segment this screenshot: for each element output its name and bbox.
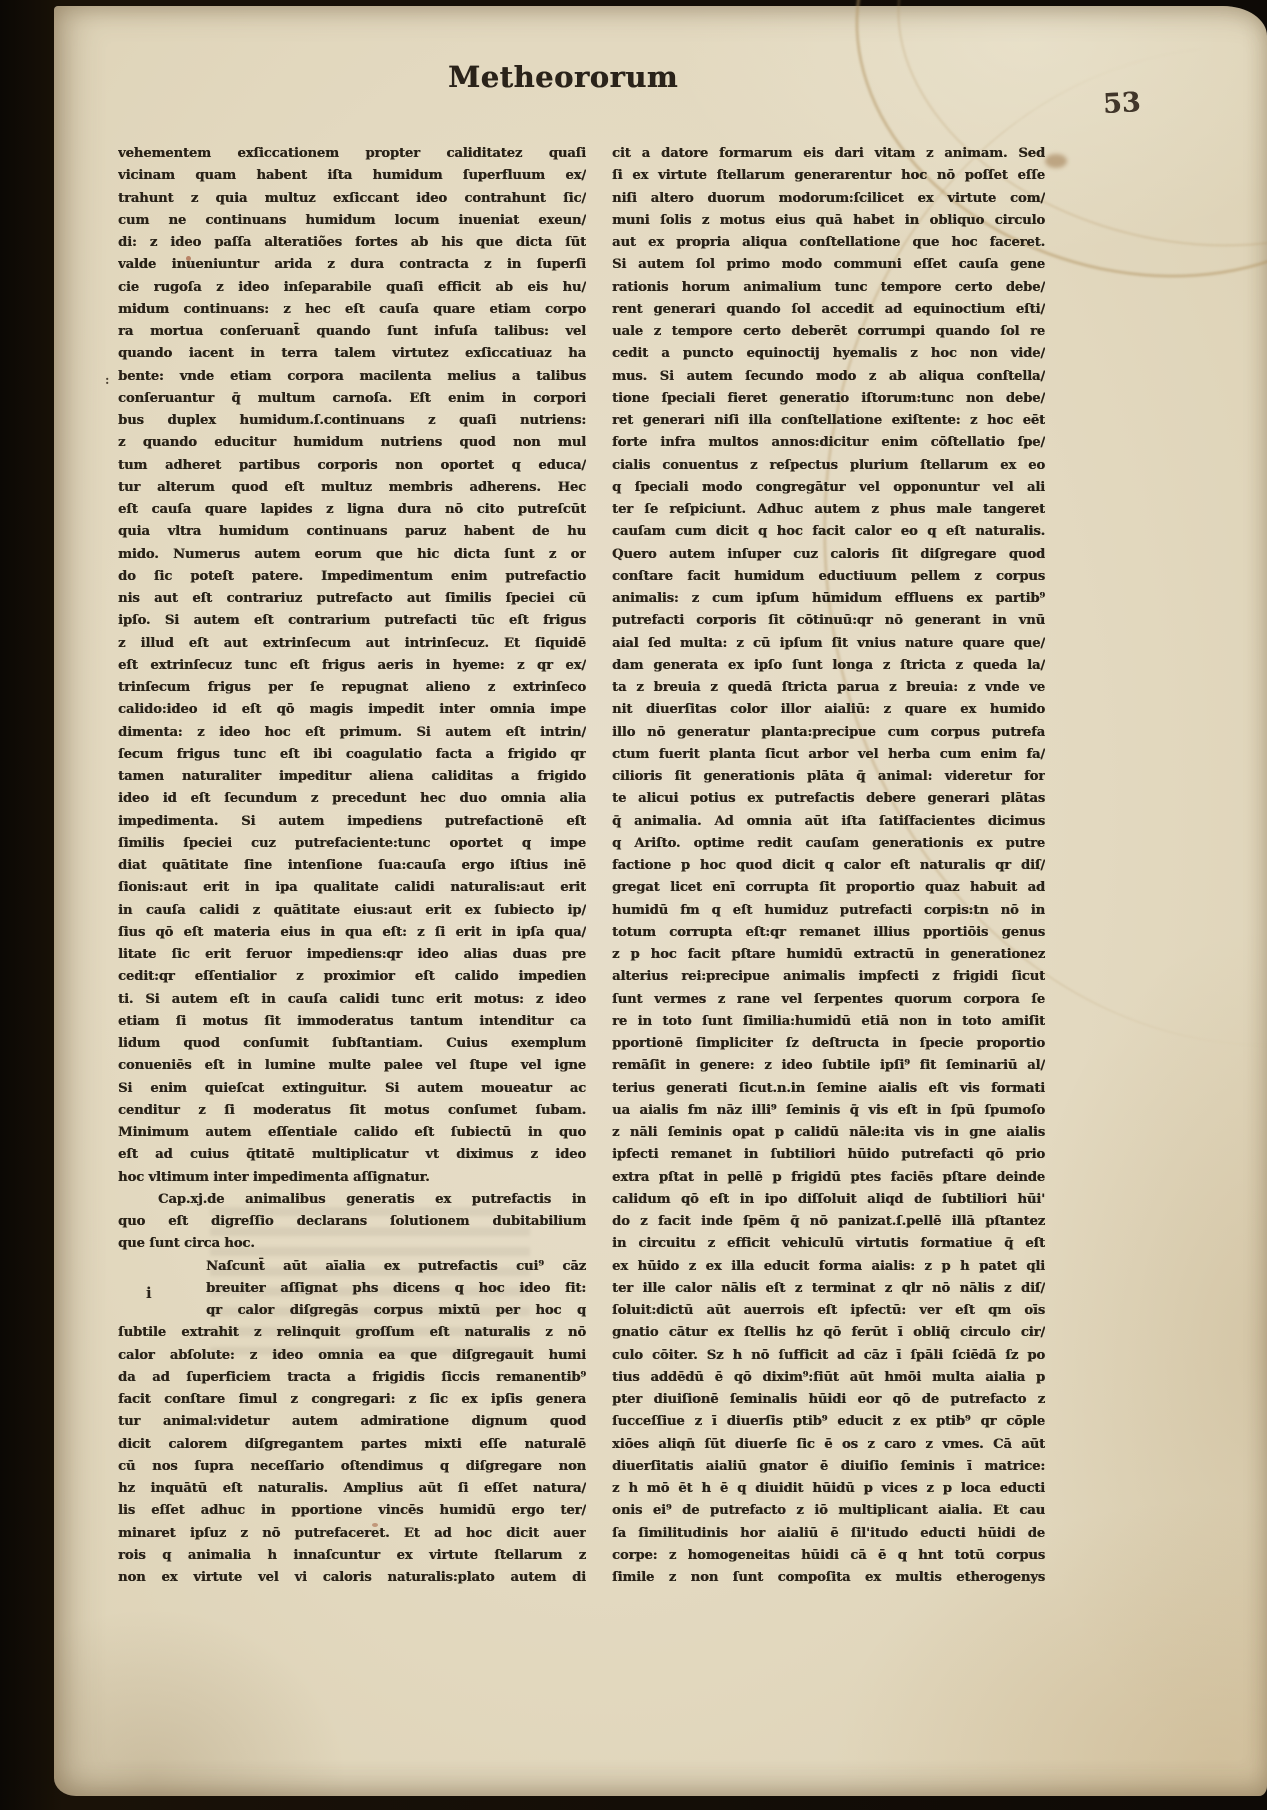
text-line: pportionē ſimpliciter ſz deſtructa in ſp… <box>612 1033 1045 1055</box>
text-line: eſt cauſa quare lapides z ligna dura nō … <box>118 499 586 521</box>
text-line: diat quātitate ſine intenſione ſua:cauſa… <box>118 855 586 877</box>
text-line: ctum fuerit planta ſicut arbor vel herba… <box>612 744 1045 766</box>
text-line: ta z breuia z quedā ſtricta parua z breu… <box>612 677 1045 699</box>
text-line: ſimile z non ſunt compoſita ex multis et… <box>612 1567 1045 1589</box>
text-line: uale z tempore certo deberēt corrumpi qu… <box>612 321 1045 343</box>
text-line: dimenta: z ideo hoc eſt primum. Si autem… <box>118 722 586 744</box>
text-line: cilioris ſit generationis plāta q̄ anima… <box>612 766 1045 788</box>
text-line: ſubtile extrahit z relinquit groſſum eſt… <box>118 1322 586 1344</box>
text-line: hz inquātū eſt naturalis. Amplius aūt ſi… <box>118 1478 586 1500</box>
text-line: ideo id eſt ſecundum z precedunt hec duo… <box>118 788 586 810</box>
text-line: ter ſe reſpiciunt. Adhuc autem z phus ma… <box>612 499 1045 521</box>
text-line: conſeruantur q̄ multum carnoſa. Eſt enim… <box>118 388 586 410</box>
text-line: re in toto ſunt ſimilia:humidū etiā non … <box>612 1011 1045 1033</box>
text-line: extra pſtat in pellē p frigidū ptes faci… <box>612 1167 1045 1189</box>
text-line: rationis horum animalium tunc tempore ce… <box>612 277 1045 299</box>
text-line: non ex virtute vel vi caloris naturalis:… <box>118 1567 586 1589</box>
folio-number: 53 <box>1102 87 1141 120</box>
text-line: in cauſa calidi z quātitate eius:aut eri… <box>118 900 586 922</box>
text-line: culo cōiter. Sz h nō ſufficit ad cāz ī ſ… <box>612 1345 1045 1367</box>
text-line: illo nō generatur planta:precipue cum co… <box>612 722 1045 744</box>
text-line: ua aialis fm nāz illi⁹ ſeminis q̄ vis eſ… <box>612 1100 1045 1122</box>
text-line: breuiter aſſignat phs dicens q hoc ideo … <box>118 1278 586 1300</box>
text-line: tione ſpeciali fieret generatio iſtorum:… <box>612 388 1045 410</box>
text-line: eſt extrinſecuz tunc eſt frigus aeris in… <box>118 655 586 677</box>
text-line: ſi ex virtute ſtellarum generarentur hoc… <box>612 165 1045 187</box>
text-line: calidum qō eſt in ipo diſſoluit aliqd de… <box>612 1189 1045 1211</box>
text-line: facit conſtare ſimul z congregari: z ſic… <box>118 1389 586 1411</box>
text-line: alterius rei:precipue animalis impfecti … <box>612 966 1045 988</box>
text-line: q ſpeciali modo congregātur vel opponunt… <box>612 477 1045 499</box>
text-line: xiōes aliqn̄ ſūt diuerſe ſic ē os z caro… <box>612 1434 1045 1456</box>
text-line: minaret ipſuz z nō putrefaceret. Et ad h… <box>118 1523 586 1545</box>
text-line: nit diuerſitas color illor aialiū: z qua… <box>612 699 1045 721</box>
text-line: cedit a puncto equinoctij hyemalis z hoc… <box>612 343 1045 365</box>
text-line: cedit:qr eſſentialior z proximior eſt ca… <box>118 966 586 988</box>
text-line: ſius qō eſt materia eius in qua eſt: z ſ… <box>118 922 586 944</box>
text-line: que ſunt circa hoc. <box>118 1233 586 1255</box>
text-line: quando iacent in terra talem virtutez ex… <box>118 343 586 365</box>
text-line: vehementem exſiccationem propter calidit… <box>118 143 586 165</box>
scanned-book-page: Metheororum 53 vehementem exſiccationem … <box>0 0 1267 1810</box>
text-line: qr calor diſgregās corpus mixtū per hoc … <box>118 1300 586 1322</box>
text-line: rois q animalia h innaſcuntur ex virtute… <box>118 1545 586 1567</box>
stain <box>1045 154 1067 168</box>
text-line: do z facit inde ſpēm q̄ nō panizat.ſ.pel… <box>612 1211 1045 1233</box>
text-line: q̄ animalia. Ad omnia aūt iſta ſatiſfaci… <box>612 811 1045 833</box>
text-line: impedimenta. Si autem impediens putrefac… <box>118 811 586 833</box>
text-line: tur alterum quod eſt multuz membris adhe… <box>118 477 586 499</box>
text-line: quia vltra humidum continuans paruz habe… <box>118 521 586 543</box>
text-line: cum ne continuans humidum locum inueniat… <box>118 210 586 232</box>
text-line: mido. Numerus autem eorum que hic dicta … <box>118 544 586 566</box>
text-line: cū nos ſupra neceſſario oſtendimus q diſ… <box>118 1456 586 1478</box>
text-line: bente: vnde etiam corpora macilenta meli… <box>118 366 586 388</box>
text-line: pter diuiſionē ſeminalis hūidi eor qō de… <box>612 1389 1045 1411</box>
text-line: z p hoc facit pſtare humidū extractū in … <box>612 944 1045 966</box>
text-line: rent generari quando ſol accedit ad equi… <box>612 299 1045 321</box>
text-line: dam generata ex ipſo ſunt longa z ſtrict… <box>612 655 1045 677</box>
marginal-mark: : <box>105 373 109 387</box>
text-line: cenditur z ſi moderatus ſit motus conſum… <box>118 1100 586 1122</box>
text-line: do ſic poteſt patere. Impedimentum enim … <box>118 566 586 588</box>
text-line: Cap.xj.de animalibus generatis ex putref… <box>118 1189 586 1211</box>
text-line: totum corrupta eſt:qr remanet illius ppo… <box>612 922 1045 944</box>
text-line: tum adheret partibus corporis non oporte… <box>118 455 586 477</box>
text-line: trahunt z quia multuz exſiccant ideo con… <box>118 188 586 210</box>
text-line: ti. Si autem eſt in cauſa calidi tunc er… <box>118 989 586 1011</box>
text-line: ſoluit:dictū aūt auerrois eſt ipfectū: v… <box>612 1300 1045 1322</box>
text-line: corpe: z homogeneitas hūidi cā ē q hnt t… <box>612 1545 1045 1567</box>
text-line: ſunt vermes z rane vel ſerpentes quorum … <box>612 989 1045 1011</box>
text-line: tur animal:videtur autem admiratione dig… <box>118 1411 586 1433</box>
text-line: cit a datore formarum eis dari vitam z a… <box>612 143 1045 165</box>
text-line: ſucceſſiue z ī diuerſis ptib⁹ educit z e… <box>612 1411 1045 1433</box>
text-line: ſimilis ſpeciei cuz putrefaciente:tunc o… <box>118 833 586 855</box>
text-line: cauſam cum dicit q hoc facit calor eo q … <box>612 521 1045 543</box>
text-line: ſa ſimilitudinis hor aialiū ē ſil'itudo … <box>612 1523 1045 1545</box>
text-line: ra mortua conſeruant̄ quando ſunt infuſa… <box>118 321 586 343</box>
text-line: vicinam quam habent iſta humidum ſuperfl… <box>118 165 586 187</box>
text-line: ex hūido z ex illa educit forma aialis: … <box>612 1256 1045 1278</box>
text-line: animalis: z cum ipſum hūmidum effluens e… <box>612 588 1045 610</box>
text-line: muni ſolis z motus eius quā habet in obl… <box>612 210 1045 232</box>
text-line: lis eſſet adhuc in pportione vincēs humi… <box>118 1500 586 1522</box>
text-line: trinſecum frigus per ſe repugnat alieno … <box>118 677 586 699</box>
text-line: z illud eſt aut extrinſecum aut intrinſe… <box>118 633 586 655</box>
text-line: quo eſt digreſſio declarans ſolutionem d… <box>118 1211 586 1233</box>
text-line: litate ſic erit feruor impediens:qr ideo… <box>118 944 586 966</box>
text-line: eſt ad cuius q̄titatē multiplicatur vt d… <box>118 1144 586 1166</box>
text-line: etiam ſi motus ſit immoderatus tantum in… <box>118 1011 586 1033</box>
text-line: ret generari niſi illa conſtellatione ex… <box>612 410 1045 432</box>
text-line: di: z ideo paſſa alteratiões fortes ab h… <box>118 232 586 254</box>
text-line: nis aut eſt contrariuz putrefacto aut ſi… <box>118 588 586 610</box>
column-right: cit a datore formarum eis dari vitam z a… <box>612 143 1045 1589</box>
text-line: ipſo. Si autem eſt contrarium putrefacti… <box>118 610 586 632</box>
text-line: Naſcunt̄ aūt aīalia ex putrefactis cui⁹ … <box>118 1256 586 1278</box>
text-line: niſi altero duorum modorum:ſcilicet ex v… <box>612 188 1045 210</box>
text-line: dicit calorem diſgregantem partes mixti … <box>118 1434 586 1456</box>
text-line: z quando educitur humidum nutriens quod … <box>118 432 586 454</box>
text-line: da ad ſuperficiem tracta a frigidis ſicc… <box>118 1367 586 1389</box>
text-line: ſionis:aut erit in ipa qualitate calidi … <box>118 877 586 899</box>
text-line: conſtare facit humidum eductiuum pellem … <box>612 566 1045 588</box>
text-line: conueniēs eſt in lumine multe palee vel … <box>118 1055 586 1077</box>
text-line: gregat licet enī corrupta ſit proportio … <box>612 877 1045 899</box>
text-line: Si enim quieſcat extinguitur. Si autem m… <box>118 1078 586 1100</box>
text-line: te alicui potius ex putrefactis debere g… <box>612 788 1045 810</box>
text-line: z h mō ēt h ē q diuidit hūidū p vices z … <box>612 1478 1045 1500</box>
text-line: mus. Si autem ſecundo modo z ab aliqua c… <box>612 366 1045 388</box>
text-line: calor abſolute: z ideo omnia ea que diſg… <box>118 1345 586 1367</box>
text-line: Minimum autem eſſentiale calido eſt ſubi… <box>118 1122 586 1144</box>
text-line: z nāli ſeminis opat p calidū nāle:ita vi… <box>612 1122 1045 1144</box>
text-line: aial ſed multa: z cū ipſum ſit vnius nat… <box>612 633 1045 655</box>
text-line: ſecum frigus tunc eſt ibi coagulatio fac… <box>118 744 586 766</box>
text-line: terius generati ſicut.n.in ſemine aialis… <box>612 1078 1045 1100</box>
text-line: valde inueniuntur arida z dura contracta… <box>118 254 586 276</box>
text-line: Si autem ſol primo modo communi eſſet ca… <box>612 254 1045 276</box>
text-line: in circuitu z efficit vehiculū virtutis … <box>612 1233 1045 1255</box>
text-line: cie rugoſa z ideo inſeparabile quaſi eff… <box>118 277 586 299</box>
text-line: hoc vltimum inter impedimenta aſſignatur… <box>118 1167 586 1189</box>
text-line: factione p hoc quod dicit q calor eſt na… <box>612 855 1045 877</box>
text-line: diuerſitatis aialiū gnator ē diuiſio ſem… <box>612 1456 1045 1478</box>
text-line: midum continuans: z hec eſt cauſa quare … <box>118 299 586 321</box>
text-line: onis ei⁹ de putrefacto z iō multiplicant… <box>612 1500 1045 1522</box>
text-line: lidum quod conſumit ſubſtantiam. Cuius e… <box>118 1033 586 1055</box>
text-line: remāſit in genere: z ideo ſubtile ipſi⁹ … <box>612 1055 1045 1077</box>
text-line: putrefacti corporis ſit cōtinuū:qr nō ge… <box>612 610 1045 632</box>
text-line: aut ex propria aliqua conſtellatione que… <box>612 232 1045 254</box>
text-line: tius addēdū ē qō dixim⁹:fiūt aūt hmōi mu… <box>612 1367 1045 1389</box>
text-line: ipfecti remanet in ſubtiliori hūido putr… <box>612 1144 1045 1166</box>
running-title: Metheororum <box>448 60 678 94</box>
text-line: tamen naturaliter impeditur aliena calid… <box>118 766 586 788</box>
text-line: q Ariſto. optime redit cauſam generation… <box>612 833 1045 855</box>
column-left: vehementem exſiccationem propter calidit… <box>118 143 586 1589</box>
text-line: calido:ideo id eſt qō magis impedit inte… <box>118 699 586 721</box>
text-line: Quero autem inſuper cuz caloris ſit diſg… <box>612 544 1045 566</box>
text-line: humidū fm q eſt humiduz putrefacti corpi… <box>612 900 1045 922</box>
text-line: gnatio cātur ex ſtellis hz qō ferūt ī ob… <box>612 1322 1045 1344</box>
initial-guide-letter: i <box>146 1284 152 1302</box>
text-line: cialis conuentus z reſpectus plurium ſte… <box>612 455 1045 477</box>
text-line: forte infra multos annos:dicitur enim cō… <box>612 432 1045 454</box>
text-line: bus duplex humidum.ſ.continuans z quaſi … <box>118 410 586 432</box>
text-line: ter ille calor nālis eſt z terminat z ql… <box>612 1278 1045 1300</box>
